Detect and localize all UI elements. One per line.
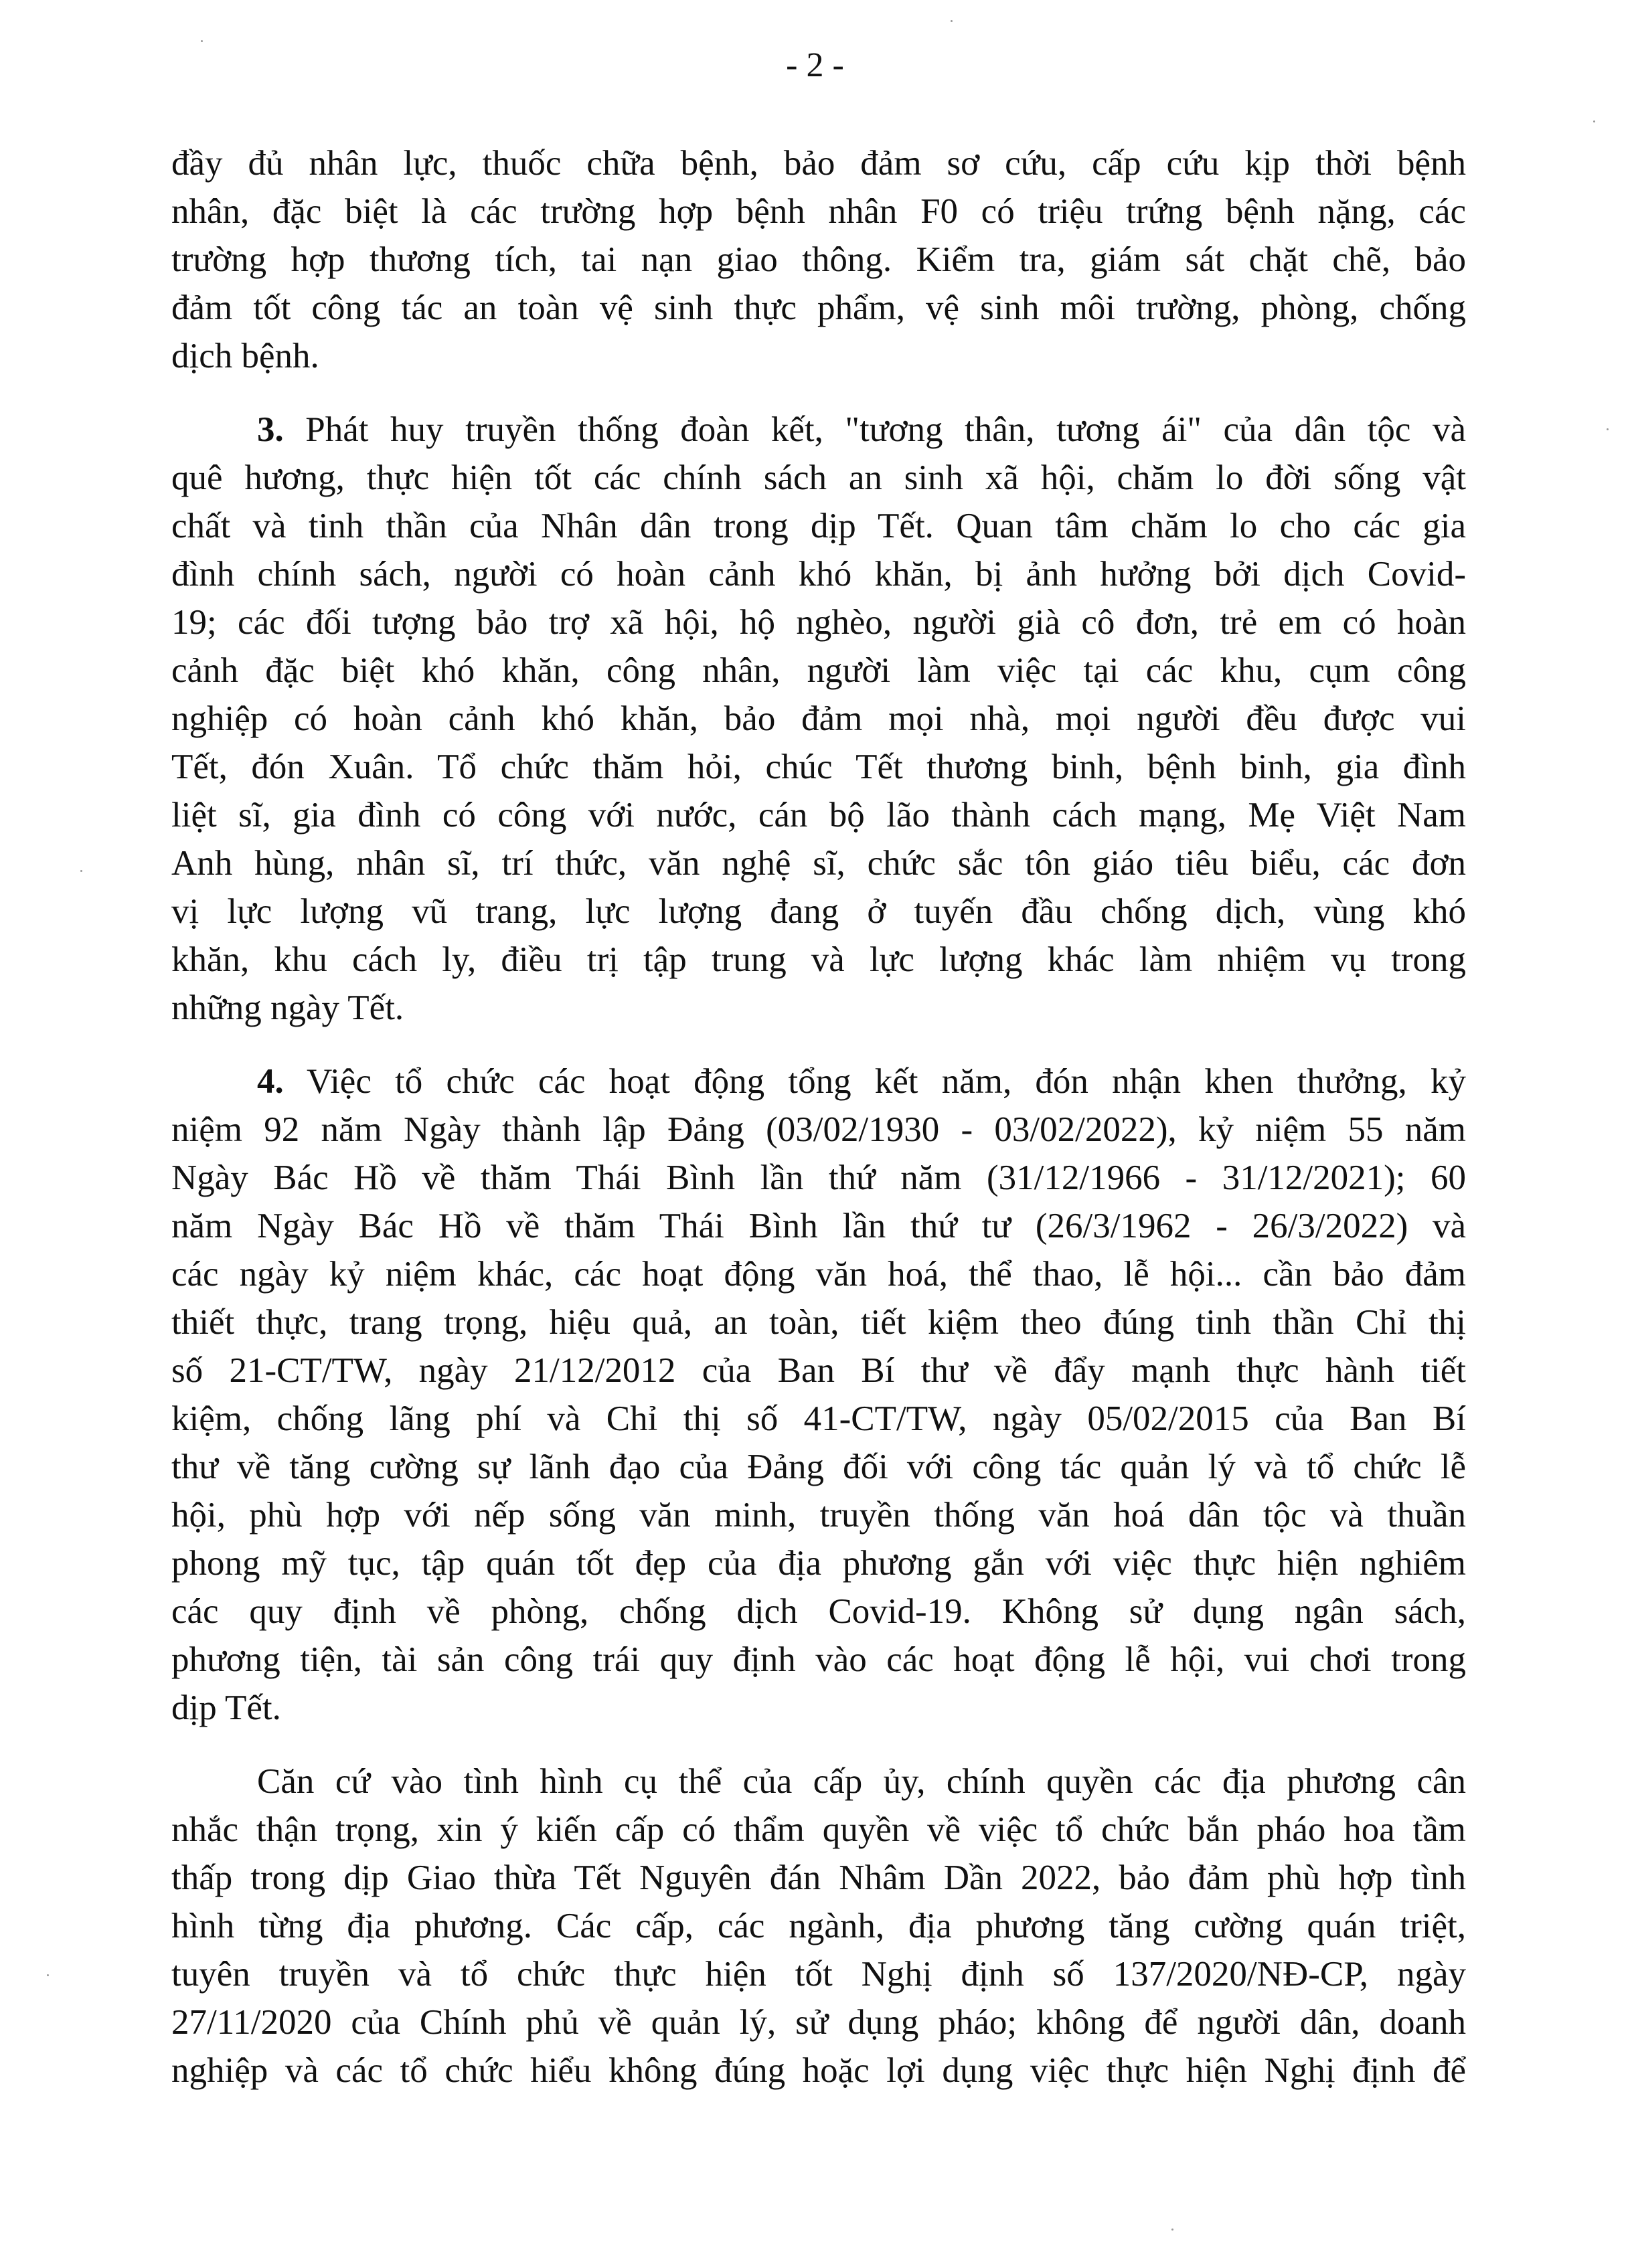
text-line-content: Phát huy truyền thống đoàn kết, "tương t… <box>284 410 1466 449</box>
scan-speck <box>1607 428 1609 430</box>
text-line: khăn, khu cách ly, điều trị tập trung và… <box>171 936 1466 984</box>
text-line: thiết thực, trang trọng, hiệu quả, an to… <box>171 1298 1466 1346</box>
text-line: Ngày Bác Hồ về thăm Thái Bình lần thứ nă… <box>171 1154 1466 1202</box>
text-line: 3. Phát huy truyền thống đoàn kết, "tươn… <box>171 406 1466 454</box>
scan-speck <box>80 870 82 872</box>
scan-speck <box>201 40 203 42</box>
page-number: - 2 - <box>0 41 1630 90</box>
text-line: 19; các đối tượng bảo trợ xã hội, hộ ngh… <box>171 598 1466 646</box>
document-body: đầy đủ nhân lực, thuốc chữa bệnh, bảo đả… <box>171 139 1466 2120</box>
text-line: phong mỹ tục, tập quán tốt đẹp của địa p… <box>171 1539 1466 1587</box>
paragraph-section-4: 4. Việc tổ chức các hoạt động tổng kết n… <box>171 1057 1466 1732</box>
text-line: đình chính sách, người có hoàn cảnh khó … <box>171 550 1466 598</box>
text-line: niệm 92 năm Ngày thành lập Đảng (03/02/1… <box>171 1106 1466 1154</box>
text-line: nhân, đặc biệt là các trường hợp bệnh nh… <box>171 187 1466 236</box>
paragraph-section-3: 3. Phát huy truyền thống đoàn kết, "tươn… <box>171 406 1466 1032</box>
document-page: - 2 - đầy đủ nhân lực, thuốc chữa bệnh, … <box>0 0 1630 2268</box>
text-line: hội, phù hợp với nếp sống văn minh, truy… <box>171 1491 1466 1539</box>
text-line: kiệm, chống lãng phí và Chỉ thị số 41-CT… <box>171 1395 1466 1443</box>
text-line: nghiệp và các tổ chức hiểu không đúng ho… <box>171 2046 1466 2095</box>
text-line: quê hương, thực hiện tốt các chính sách … <box>171 454 1466 502</box>
text-line-content: Việc tổ chức các hoạt động tổng kết năm,… <box>284 1062 1466 1101</box>
text-line: vị lực lượng vũ trang, lực lượng đang ở … <box>171 887 1466 936</box>
text-line: chất và tinh thần của Nhân dân trong dịp… <box>171 502 1466 550</box>
paragraph-fireworks: Căn cứ vào tình hình cụ thể của cấp ủy, … <box>171 1757 1466 2095</box>
paragraph-continuation: đầy đủ nhân lực, thuốc chữa bệnh, bảo đả… <box>171 139 1466 380</box>
text-line: những ngày Tết. <box>171 984 1466 1032</box>
text-line: liệt sĩ, gia đình có công với nước, cán … <box>171 791 1466 839</box>
text-line: trường hợp thương tích, tai nạn giao thô… <box>171 236 1466 284</box>
text-line: các quy định về phòng, chống dịch Covid-… <box>171 1587 1466 1636</box>
text-line: đảm tốt công tác an toàn vệ sinh thực ph… <box>171 284 1466 332</box>
scan-speck <box>1593 120 1595 122</box>
text-line: dịch bệnh. <box>171 332 1466 380</box>
section-number: 3. <box>257 410 284 449</box>
text-line: đầy đủ nhân lực, thuốc chữa bệnh, bảo đả… <box>171 139 1466 187</box>
scan-speck <box>1171 2229 1173 2231</box>
text-line: nhắc thận trọng, xin ý kiến cấp có thẩm … <box>171 1806 1466 1854</box>
text-line: 4. Việc tổ chức các hoạt động tổng kết n… <box>171 1057 1466 1106</box>
text-line: hình từng địa phương. Các cấp, các ngành… <box>171 1902 1466 1950</box>
text-line: Căn cứ vào tình hình cụ thể của cấp ủy, … <box>171 1757 1466 1806</box>
text-line: cảnh đặc biệt khó khăn, công nhân, người… <box>171 646 1466 695</box>
text-line: Tết, đón Xuân. Tổ chức thăm hỏi, chúc Tế… <box>171 743 1466 791</box>
section-number: 4. <box>257 1062 284 1101</box>
text-line: các ngày kỷ niệm khác, các hoạt động văn… <box>171 1250 1466 1298</box>
text-line: thư về tăng cường sự lãnh đạo của Đảng đ… <box>171 1443 1466 1491</box>
scan-speck <box>951 20 953 22</box>
text-line: phương tiện, tài sản công trái quy định … <box>171 1636 1466 1684</box>
text-line: nghiệp có hoàn cảnh khó khăn, bảo đảm mọ… <box>171 695 1466 743</box>
text-line: dịp Tết. <box>171 1684 1466 1732</box>
text-line: số 21-CT/TW, ngày 21/12/2012 của Ban Bí … <box>171 1346 1466 1395</box>
text-line: Anh hùng, nhân sĩ, trí thức, văn nghệ sĩ… <box>171 839 1466 887</box>
scan-speck <box>47 1974 49 1976</box>
text-line: 27/11/2020 của Chính phủ về quản lý, sử … <box>171 1998 1466 2046</box>
text-line: tuyên truyền và tổ chức thực hiện tốt Ng… <box>171 1950 1466 1998</box>
text-line: thấp trong dịp Giao thừa Tết Nguyên đán … <box>171 1854 1466 1902</box>
text-line: năm Ngày Bác Hồ về thăm Thái Bình lần th… <box>171 1202 1466 1250</box>
